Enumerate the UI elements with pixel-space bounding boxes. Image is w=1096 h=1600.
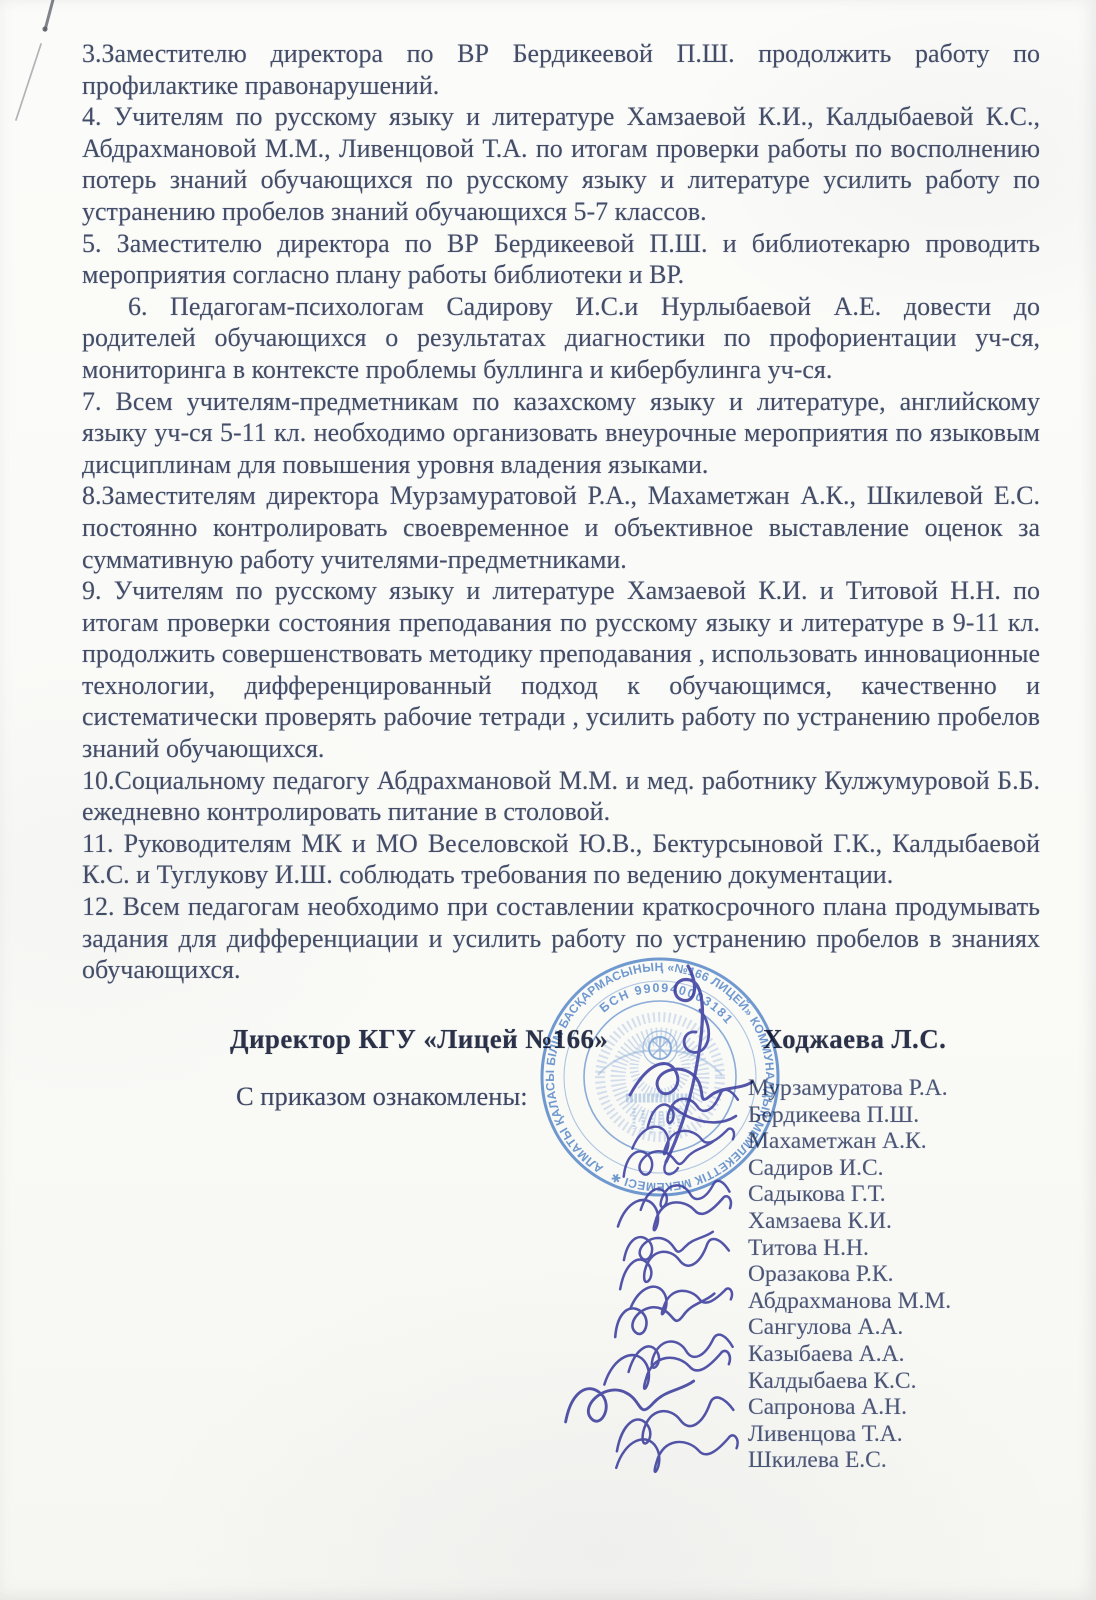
signature-scribble [639,1180,731,1210]
acknowledged-name: Оразакова Р.К. [748,1261,1048,1288]
stamp-bin-text: БСН 990940003181 [597,981,736,1028]
signature-scribble [620,1224,715,1263]
signature-scribble [625,1333,734,1372]
order-item: 12. Всем педагогам необходимо при состав… [82,891,1040,986]
svg-text:БСН 990940003181: БСН 990940003181 [597,981,736,1028]
signature-scribble [614,1182,734,1238]
signature-scribble [619,1133,718,1180]
signature-scribble [630,1116,736,1159]
order-item: 9. Учителям по русскому языку и литерату… [82,575,1040,765]
signature-scribble [630,1063,752,1122]
corner-fold-line [16,0,54,120]
signature-scribble [600,1335,733,1397]
acknowledged-name: Ливенцова Т.А. [748,1421,1048,1448]
acknowledged-list: Мурзамуратова Р.А. Бердикеева П.Ш. Махам… [748,1075,1048,1474]
acknowledged-name: Махаметжан А.К. [748,1128,1048,1155]
acknowledged-name: Сангулова А.А. [748,1314,1048,1341]
order-item: 4. Учителям по русскому языку и литерату… [82,101,1040,227]
order-item: 11. Руководителям МК и МО Веселовской Ю.… [82,828,1040,891]
director-name: Ходжаева Л.С. [763,1024,946,1055]
order-text: 3.Заместителю директора по ВР Бердикеево… [82,38,1040,986]
director-title: Директор КГУ «Лицей №166» [230,1024,608,1055]
director-signature [664,966,708,1174]
acknowledged-name: Садиров И.С. [748,1155,1048,1182]
order-item: 3.Заместителю директора по ВР Бердикеево… [82,38,1040,101]
signature-scribble [628,1276,734,1319]
signature-scribble [612,1420,741,1480]
order-item: 6. Педагогам-психологам Садирову И.С.и Н… [82,291,1040,386]
order-item: 7. Всем учителям-предметникам по казахск… [82,386,1040,481]
signature-scribble [561,1370,698,1426]
acknowledged-name: Абдрахманова М.М. [748,1288,1048,1315]
signature-scribbles [561,1063,752,1479]
signature-scribble [643,1087,740,1128]
acknowledged-name: Хамзаева К.И. [748,1208,1048,1235]
scanned-document-page: 3.Заместителю директора по ВР Бердикеево… [0,0,1096,1600]
acknowledged-name: Калдыбаева К.С. [748,1368,1048,1395]
acknowledged-name: Сапронова А.Н. [748,1394,1048,1421]
signature-scribble [609,1285,720,1341]
order-item: 10.Социальному педагогу Абдрахмановой М.… [82,765,1040,828]
acknowledged-name: Титова Н.Н. [748,1235,1048,1262]
signature-scribble [610,1394,736,1451]
order-item: 8.Заместителям директора Мурзамуратовой … [82,480,1040,575]
acknowledged-name: Мурзамуратова Р.А. [748,1075,1048,1102]
acknowledged-name: Казыбаева А.А. [748,1341,1048,1368]
acknowledged-name: Бердикеева П.Ш. [748,1102,1048,1129]
acknowledgement-label: С приказом ознакомлены: [236,1081,528,1112]
signature-scribble [614,1236,732,1289]
acknowledged-name: Шкилева Е.С. [748,1447,1048,1474]
acknowledged-name: Садыкова Г.Т. [748,1181,1048,1208]
order-item: 5. Заместителю директора по ВР Бердикеев… [82,228,1040,291]
stamp-emblem [598,1017,722,1137]
